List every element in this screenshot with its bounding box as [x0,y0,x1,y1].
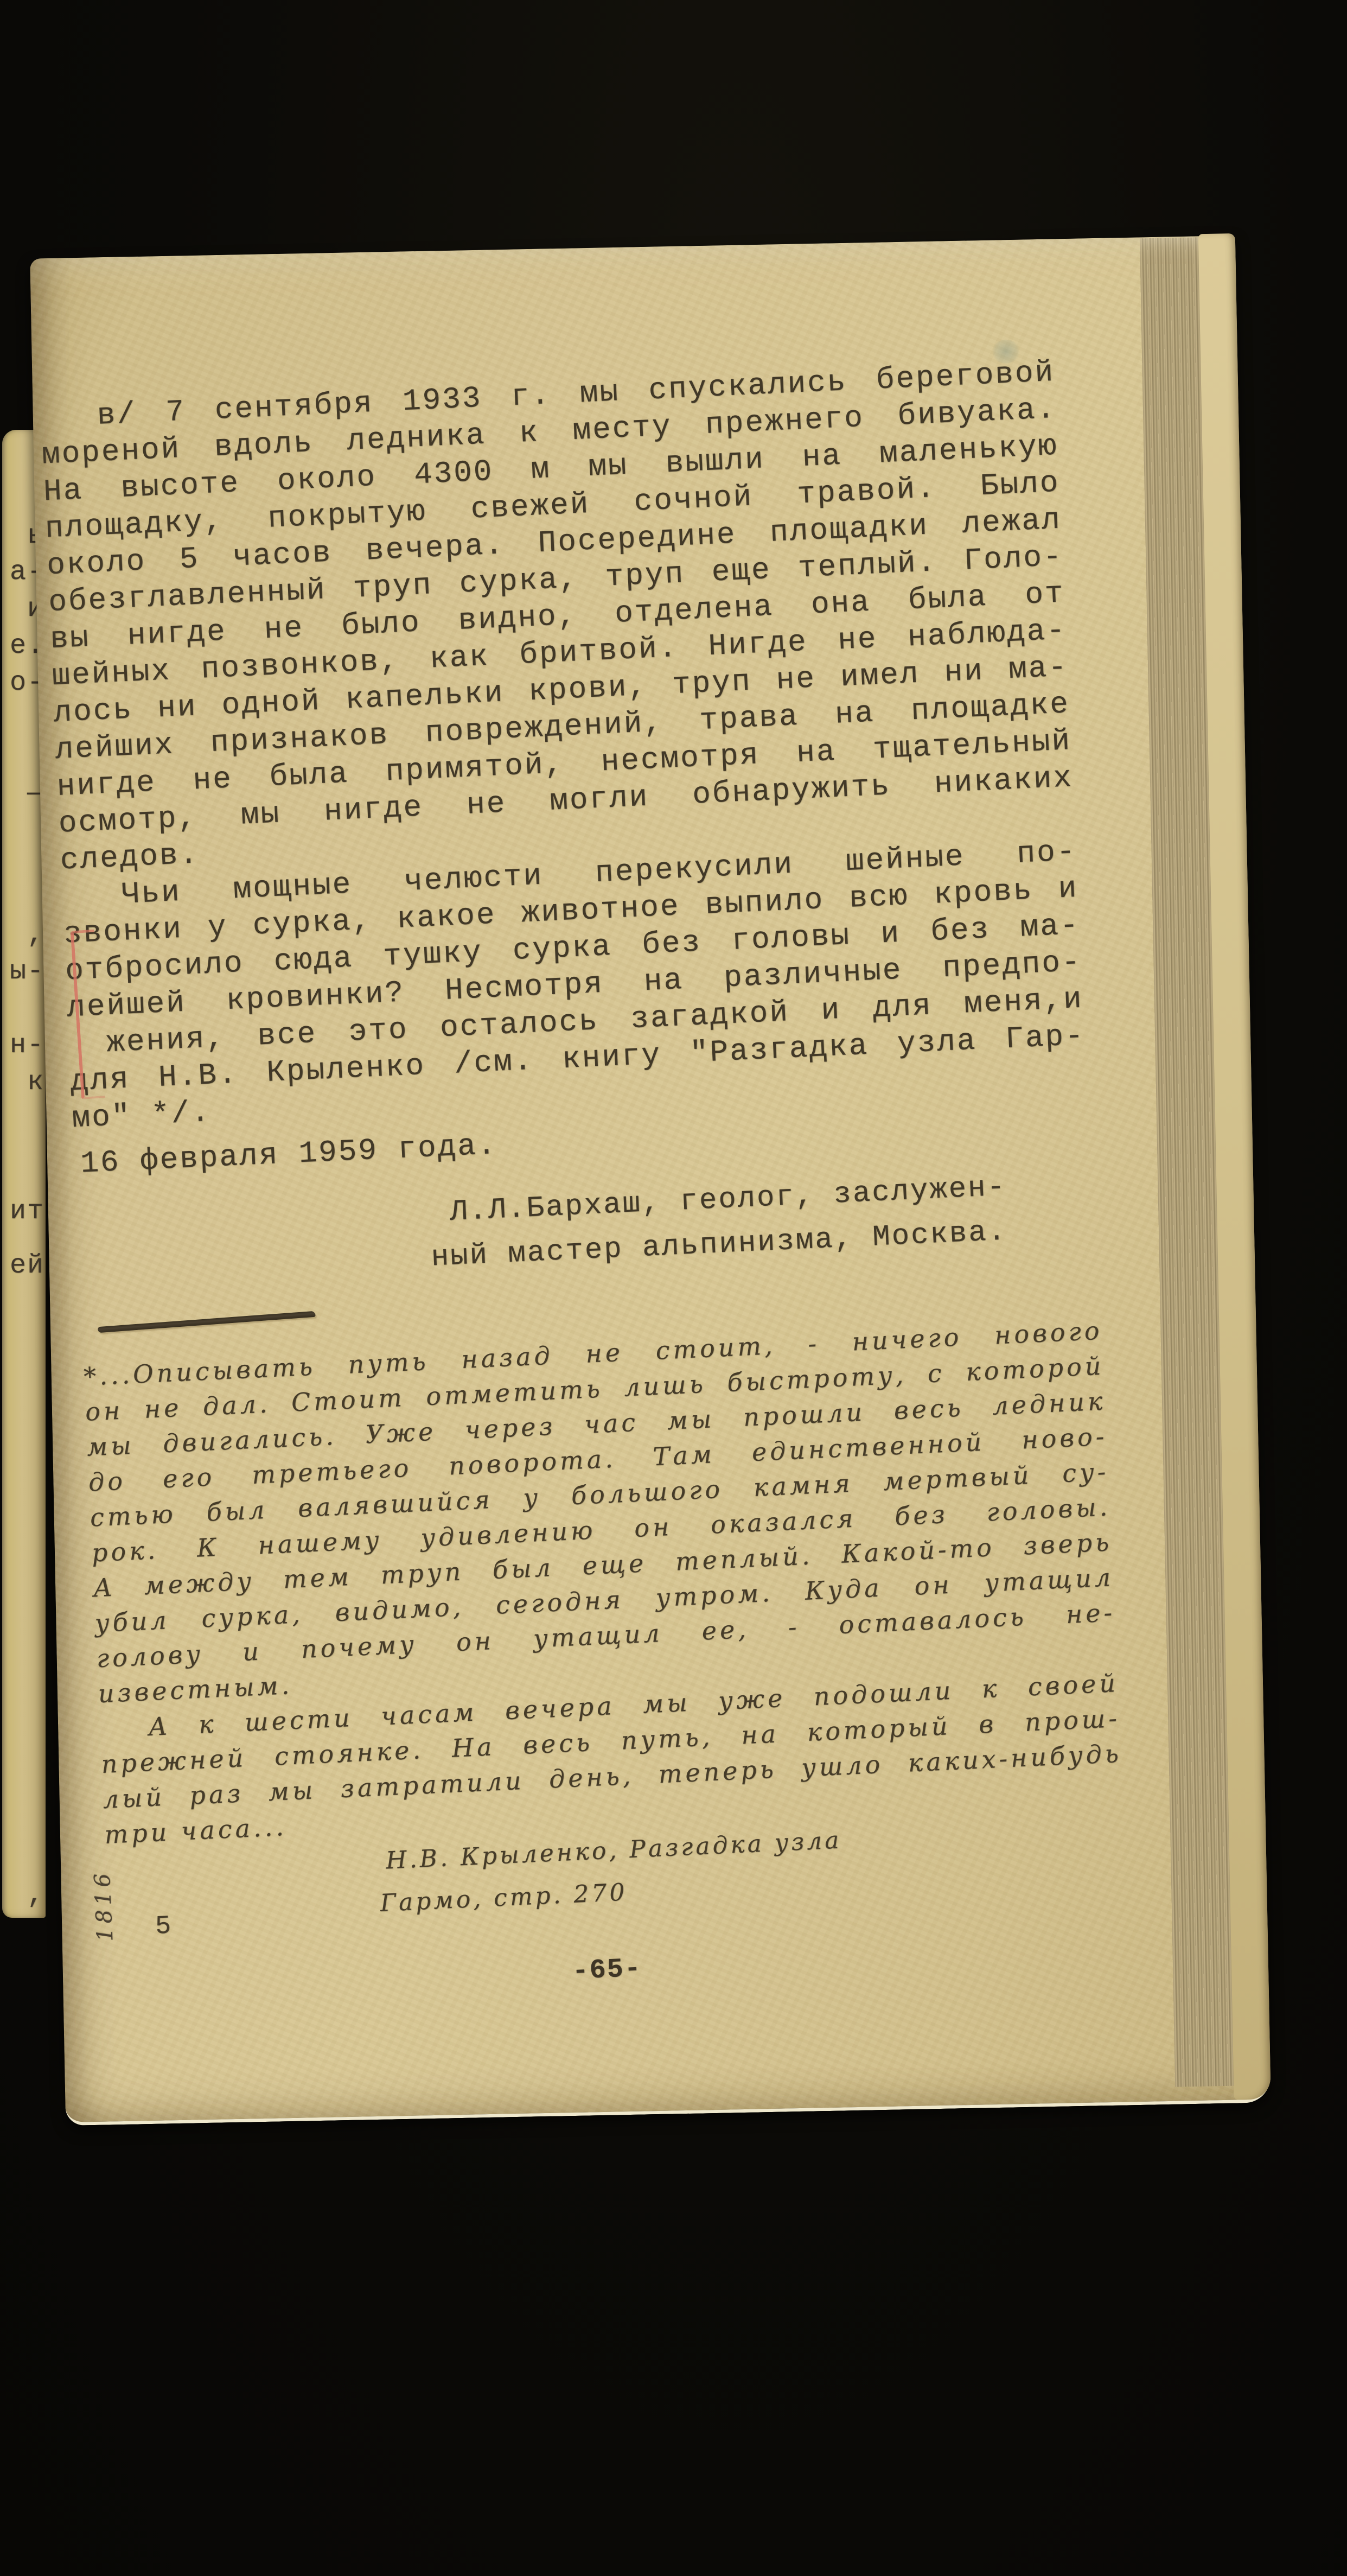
date-line: 16 февраля 1959 года. [80,1128,498,1181]
page-number: -65- [572,1953,642,1987]
edge-text-fragment: ей [10,1249,44,1283]
typed-content: в/ 7 сентября 1933 г. мы спускались бере… [6,211,1207,2123]
scanned-book-photo: { "document": { "language": "ru", "descr… [0,0,1347,2576]
body-text: в/ 7 сентября 1933 г. мы спускались бере… [39,354,1087,1137]
footnote-separator-line [98,1311,316,1333]
edge-text-fragment: к [27,1066,44,1099]
edge-text-fragment: н- [10,1029,44,1063]
edge-text-fragment: , [27,1879,44,1912]
book-page: в/ 7 сентября 1933 г. мы спускались бере… [30,236,1271,2126]
margin-copy-number: 5 [155,1912,171,1942]
edge-text-fragment: ит [10,1195,44,1229]
signature-block: Л.Л.Бархаш, геолог, заслужен-ный мастер … [428,1162,1082,1280]
footnote-text: *...Описывать путь назад не стоит, - нич… [83,1313,1118,1712]
